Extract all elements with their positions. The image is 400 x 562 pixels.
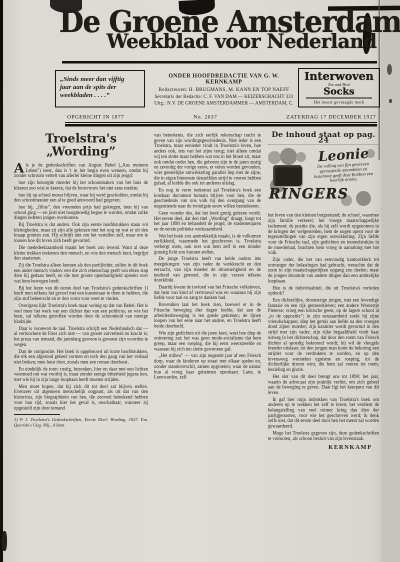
paragraph: Wat het boek zoo aantrekkelijk maakt, is…	[154, 234, 261, 255]
column-3: De inhoud staat op pag. 24 Leonie De vul…	[268, 131, 379, 511]
ringers-ad: Leonie De vulling van fijn gewreven gero…	[268, 148, 379, 209]
paragraph: Overigens lijkt Troelstra's boek maar we…	[14, 303, 148, 324]
masthead-rule	[62, 61, 377, 64]
ad-brand: RINGERS	[269, 192, 349, 197]
paragraph: Het slot van dit deel brengt ons tot 189…	[268, 374, 379, 395]
interwoven-rule	[306, 98, 372, 99]
paragraph: van beteekenis, die zich eerlijk rekensc…	[154, 133, 261, 187]
interwoven-ad-box: Interwoven Toe and Heel Socks Het meest …	[298, 68, 380, 108]
issue-date: ZATERDAG 17 DECEMBER 1927	[286, 114, 376, 120]
contents-notice: De inhoud staat op pag. 24	[268, 131, 379, 145]
ad-decoration-circle	[296, 152, 306, 162]
scan-artifact-left-edge	[0, 0, 3, 562]
paragraph: Ik gaf hier mijn indrukken van Troelstra…	[268, 397, 379, 429]
founded-label: OPGERICHT IN 1877	[67, 114, 124, 120]
paragraph: Bij het lezen van dit eerste deel van Tr…	[14, 286, 148, 302]
column-2-text: van beteekenis, die zich eerlijk rekensc…	[154, 133, 261, 380]
editorial-editors: Redacteuren: H. BRUGMANS, M. KANN EN TOP…	[152, 87, 296, 93]
paragraph: Zij die Troelstra alleen kennen als den …	[14, 263, 148, 284]
newspaper-subtitle: Weekblad voor Nederland	[59, 33, 379, 50]
paragraph: Zijn vader, die het van eenvoudig kantoo…	[268, 258, 379, 285]
paragraph: Die mededeelzaamheid maakt het boek zoo …	[14, 245, 148, 261]
column-1: Troelstra's „Wording” Als je de gedenksc…	[14, 131, 148, 511]
author-signature: KERNKAMP	[268, 445, 372, 450]
scan-artifact-speck	[2, 531, 7, 551]
paragraph: hoe hij, „filius”, den vreemden prijs ha…	[14, 205, 148, 221]
paragraph: Daarbij kwam de invloed van het Friesche…	[154, 285, 261, 301]
newspaper-scan-page: De Groene Amsterdammer Weekblad voor Ned…	[0, 0, 400, 562]
paragraph: het leven van den kleinen burgerstand; d…	[268, 213, 379, 256]
ad-decoration-circle	[280, 148, 297, 165]
scan-artifact-speck	[389, 99, 392, 103]
footnote: 1) P. J. Troelstra's Gedenkschriften, Ee…	[14, 417, 148, 428]
article-body: Troelstra's „Wording” Als je de gedenksc…	[14, 131, 379, 511]
masthead: De Groene Amsterdammer Weekblad voor Ned…	[59, 8, 379, 50]
paragraph: Daar is vooreerst de taal. Troelstra sch…	[14, 326, 148, 347]
paragraph: Wie zijn gedichten uit die jaren kent, w…	[154, 331, 261, 352]
newspaper-paper: De Groene Amsterdammer Weekblad voor Ned…	[0, 0, 381, 562]
editorial-secretary: Secretaris der Redactie: C. F. VAN DAM —…	[152, 95, 296, 100]
dateline-rule	[65, 122, 377, 127]
paragraph: En nog in verre toekomst zal Troelstra's…	[154, 188, 261, 209]
slogan-box: „Sinds meer dan vijftig jaar aan de spit…	[55, 70, 145, 108]
paragraph: hoe zijn bezorgde moeder bij het schoonm…	[14, 181, 148, 192]
dateline: OPGERICHT IN 1877 No. 2637 ZATERDAG 17 D…	[67, 114, 376, 120]
interwoven-product: Socks	[301, 87, 377, 96]
editorial-block: ONDER HOOFDREDACTIE VAN G. W. KERNKAMP R…	[145, 68, 298, 108]
footnote-rule	[14, 414, 60, 415]
ad-decoration-circle	[356, 191, 371, 206]
column-1-text: Als je de gedenkschriften van August Beb…	[14, 163, 148, 411]
column-3-text: het leven van den kleinen burgerstand; d…	[268, 213, 379, 441]
article-title: Troelstra's „Wording”	[14, 132, 148, 158]
paragraph: En eindelijk de toon: rustig, bezonken, …	[14, 367, 148, 383]
paragraph: Dan de compositie. Het boek is opgebouwd…	[14, 349, 148, 365]
interwoven-brand: Interwoven	[301, 72, 377, 83]
editorial-publisher: Uitg.: N.V. DE GROENE AMSTERDAMMER — AMS…	[152, 101, 296, 106]
paragraph: Geen wonder dus, dat het boek gretig gel…	[154, 211, 261, 232]
ad-copy: De vulling van fijn gewreven geroosterde…	[314, 162, 374, 185]
paragraph: Moge het Troelstra gegeven zijn, deze ge…	[268, 431, 379, 442]
scan-artifact-speck	[387, 64, 392, 75]
issue-number: No. 2637	[193, 114, 217, 120]
header-row: „Sinds meer dan vijftig jaar aan de spit…	[55, 68, 380, 108]
interwoven-slogan: Het meest gevraagde merk	[301, 100, 377, 105]
paragraph: Hoe is de individualiteit, die uit Troel…	[268, 286, 379, 297]
column-2: van beteekenis, die zich eerlijk rekensc…	[154, 131, 261, 511]
ad-decoration-circle	[268, 151, 281, 164]
paragraph: Bovendien laat het boek zien, hoeveel er…	[154, 303, 261, 330]
paragraph: Bij Troelstra is dat anders. Ook zijn ee…	[14, 223, 148, 244]
paragraph: De jonge Troelstra heeft van beide ouder…	[154, 257, 261, 284]
chocolate-bonbon-image	[273, 165, 302, 186]
paragraph: Als je de gedenkschriften van August Beb…	[14, 163, 148, 179]
paragraph: „Het milieu” — van zijn negende jaar af …	[154, 354, 261, 381]
editorial-chief: ONDER HOOFDREDACTIE VAN G. W. KERNKAMP	[152, 73, 296, 85]
paragraph: Een dichterlijke, droomerige jongen, met…	[268, 298, 379, 373]
paragraph: hoe hij op school moest blijven, waar hi…	[14, 193, 148, 204]
paragraph: Men moet hopen, dat hij zich dit tot doe…	[14, 384, 148, 411]
